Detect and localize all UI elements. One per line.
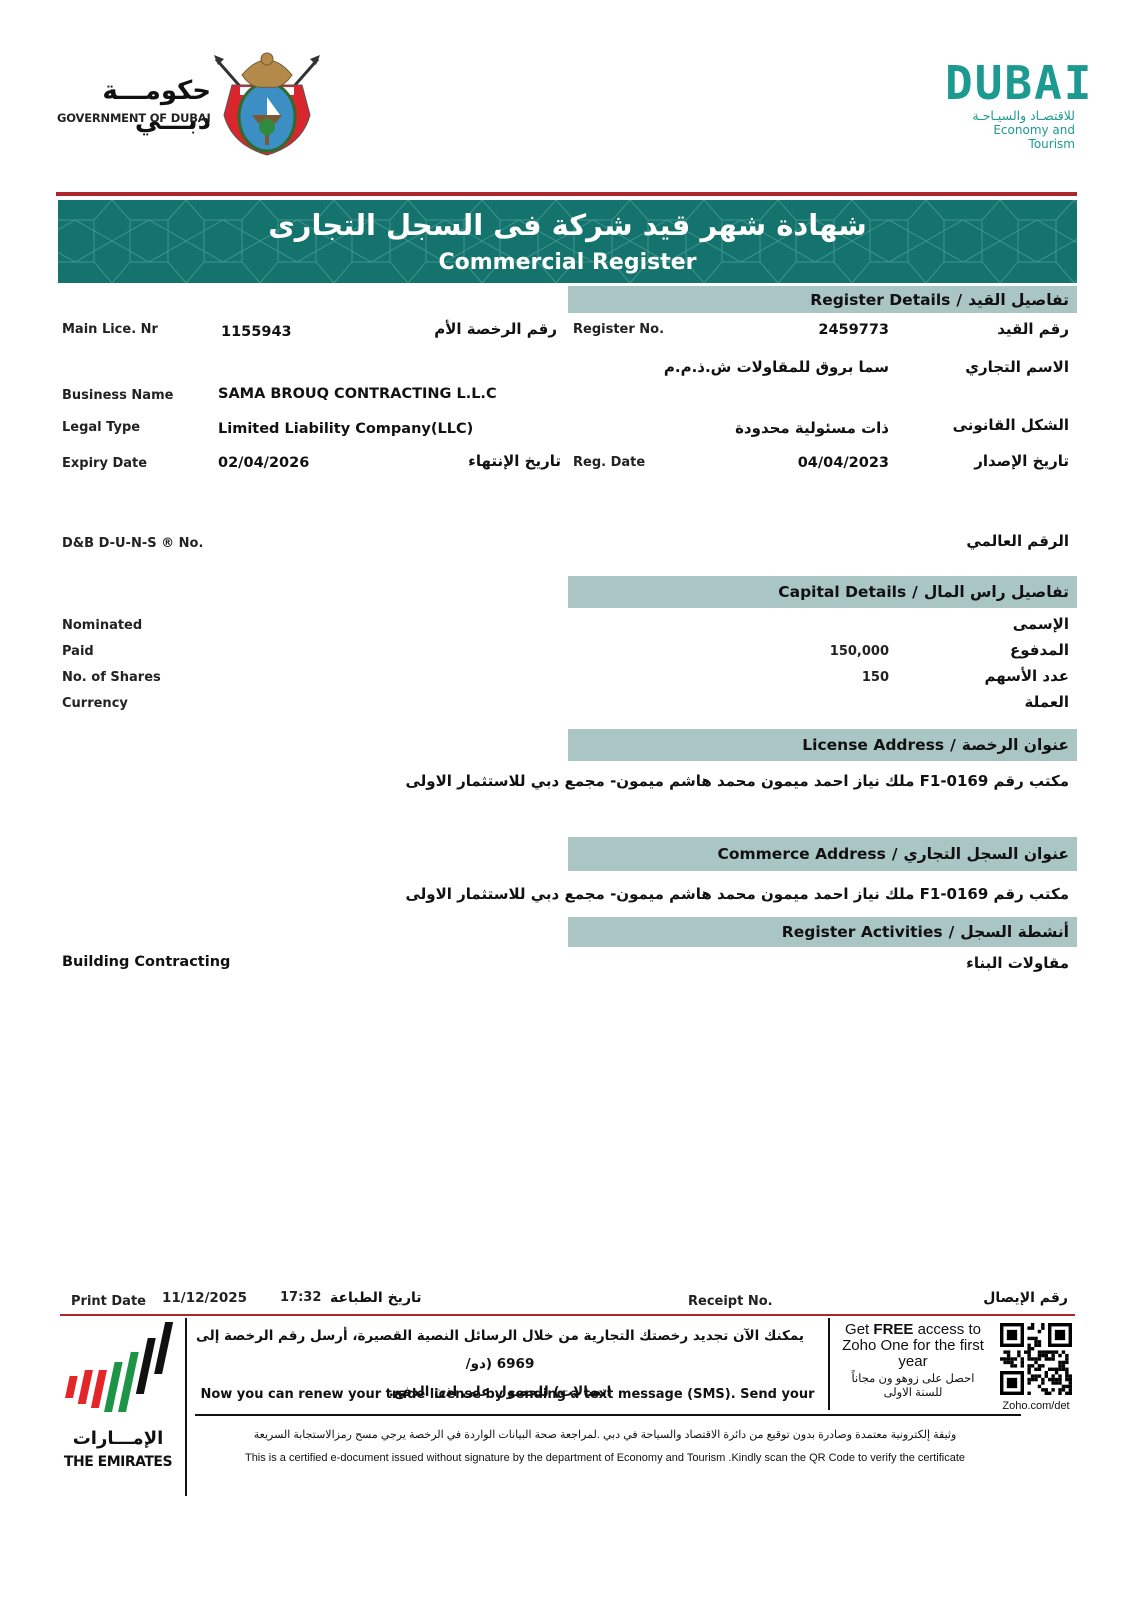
the-emirates-logo-icon (60, 1318, 175, 1418)
capital-row-label: Paid (62, 644, 94, 659)
section-separator: / (949, 923, 955, 941)
receipt-no-ar-label: رقم الإيصال (983, 1290, 1068, 1306)
certificate-notice-english: This is a certified e-document issued wi… (190, 1452, 1020, 1464)
print-date-label: Print Date (71, 1294, 146, 1309)
duns-label: D&B D-U-N-S ® No. (62, 536, 203, 551)
activity-ar: مقاولات البناء (966, 954, 1069, 972)
title-english: Commercial Register (58, 250, 1077, 275)
title-arabic: شهادة شهر قيد شركة فى السجل التجارى (58, 208, 1077, 242)
commerce-address-value: مكتب رقم F1-0169 ملك نياز احمد ميمون محم… (405, 885, 1069, 903)
title-banner: شهادة شهر قيد شركة فى السجل التجارى Comm… (58, 200, 1077, 283)
print-date-value: 11/12/2025 (162, 1290, 247, 1306)
det-arabic-label: للاقتصـاد والسيـاحـة (945, 108, 1075, 123)
section-separator: / (950, 736, 956, 754)
reg-date-ar-label: تاريخ الإصدار (974, 452, 1069, 470)
certificate-notice-arabic: وثيقة إلكترونية معتمدة وصادرة بدون توقيع… (190, 1428, 1020, 1441)
reg-date-label: Reg. Date (573, 455, 645, 470)
register-no-label: Register No. (573, 322, 664, 337)
capital-row-label: Currency (62, 696, 128, 711)
expiry-date-value: 02/04/2026 (218, 455, 309, 471)
qr-code-icon[interactable] (1000, 1323, 1072, 1395)
capital-row-ar-label: المدفوع (1010, 641, 1069, 659)
print-date-ar-label: تاريخ الطباعة (330, 1290, 422, 1306)
capital-row-ar-label: عدد الأسهم (984, 667, 1069, 685)
business-name-label: Business Name (62, 388, 173, 403)
section-title-ar: تفاصيل راس المال (924, 583, 1069, 601)
section-register-details: Register Details / تفاصيل القيد (568, 286, 1077, 313)
capital-row-value: 150,000 (830, 644, 889, 659)
section-separator: / (956, 291, 962, 309)
capital-row-ar-label: الإسمى (1013, 615, 1069, 633)
receipt-no-label: Receipt No. (688, 1294, 773, 1309)
zoho-url[interactable]: Zoho.com/det (995, 1400, 1077, 1412)
section-capital-details: Capital Details / تفاصيل راس المال (568, 576, 1077, 608)
header-divider (56, 192, 1077, 196)
trade-name-ar-label: الاسم التجاري (965, 358, 1069, 376)
section-title-ar: عنوان السجل التجاري (904, 845, 1069, 863)
dubai-logo-word: DUBAI (945, 60, 1075, 106)
government-of-dubai-arabic: حكومـــة دبـــي (56, 76, 211, 136)
legal-type-ar-value: ذات مسئولية محدودة (735, 419, 889, 437)
section-title-ar: عنوان الرخصة (962, 736, 1069, 754)
main-lice-label: Main Lice. Nr (62, 322, 158, 337)
zoho-promo-pre: Get (845, 1321, 873, 1338)
print-time-value: 17:32 (280, 1290, 321, 1305)
section-title-en: Capital Details (778, 583, 906, 601)
section-commerce-address: Commerce Address / عنوان السجل التجاري (568, 837, 1077, 871)
zoho-divider (828, 1318, 830, 1410)
business-name-value: SAMA BROUQ CONTRACTING L.L.C (218, 386, 497, 402)
section-title-en: Commerce Address (717, 845, 885, 863)
dubai-economy-tourism-logo: DUBAI للاقتصـاد والسيـاحـة Economy and T… (945, 60, 1075, 155)
zoho-promo-ar: احصل على زوهو ون مجاناً للسنة الاولى (838, 1372, 988, 1400)
expiry-date-ar-label: تاريخ الإنتهاء (468, 452, 561, 470)
license-address-value: مكتب رقم F1-0169 ملك نياز احمد ميمون محم… (405, 772, 1069, 790)
footer-horizontal-divider (195, 1414, 1021, 1416)
duns-ar-label: الرقم العالمي (966, 532, 1069, 550)
zoho-promo[interactable]: Get FREE access to Zoho One for the firs… (838, 1322, 988, 1400)
section-title-en: License Address (802, 736, 944, 754)
legal-type-ar-label: الشكل القانونى (953, 416, 1069, 434)
capital-row-label: No. of Shares (62, 670, 161, 685)
footer-divider (60, 1314, 1075, 1316)
section-separator: / (892, 845, 898, 863)
register-no-value: 2459773 (818, 322, 889, 338)
reg-date-value: 04/04/2023 (798, 455, 889, 471)
sms-notice-ar-line1: يمكنك الآن تجديد رخصتك التجارية من خلال … (190, 1322, 810, 1378)
section-title-en: Register Activities (782, 923, 943, 941)
section-register-activities: Register Activities / أنشطة السجل (568, 917, 1077, 947)
section-separator: / (912, 583, 918, 601)
government-of-dubai-label: GOVERNMENT OF DUBAI (57, 111, 211, 125)
emirates-en-label: THE EMIRATES (62, 1454, 174, 1470)
footer-vertical-divider (185, 1318, 187, 1496)
sms-notice-english: Now you can renew your trade license by … (195, 1381, 820, 1411)
emirates-ar-label: الإمـــارات (62, 1428, 174, 1449)
section-title-en: Register Details (810, 291, 950, 309)
main-lice-value: 1155943 (221, 324, 292, 340)
section-title-ar: أنشطة السجل (960, 923, 1069, 941)
capital-row-value: 150 (862, 670, 889, 685)
det-english-label: Economy and Tourism (945, 123, 1075, 151)
trade-name-ar-value: سما بروق للمقاولات ش.ذ.م.م (664, 358, 889, 376)
capital-row-ar-label: العملة (1024, 693, 1069, 711)
activity-en: Building Contracting (62, 954, 230, 970)
section-title-ar: تفاصيل القيد (968, 291, 1069, 309)
section-license-address: License Address / عنوان الرخصة (568, 729, 1077, 761)
legal-type-label: Legal Type (62, 420, 140, 435)
legal-type-value: Limited Liability Company(LLC) (218, 421, 473, 437)
dubai-emblem-icon (212, 45, 322, 157)
register-no-ar-label: رقم القيد (997, 320, 1069, 338)
capital-row-label: Nominated (62, 618, 142, 633)
zoho-promo-free: FREE (873, 1321, 913, 1338)
main-lice-ar-label: رقم الرخصة الأم (434, 320, 557, 338)
expiry-date-label: Expiry Date (62, 456, 147, 471)
